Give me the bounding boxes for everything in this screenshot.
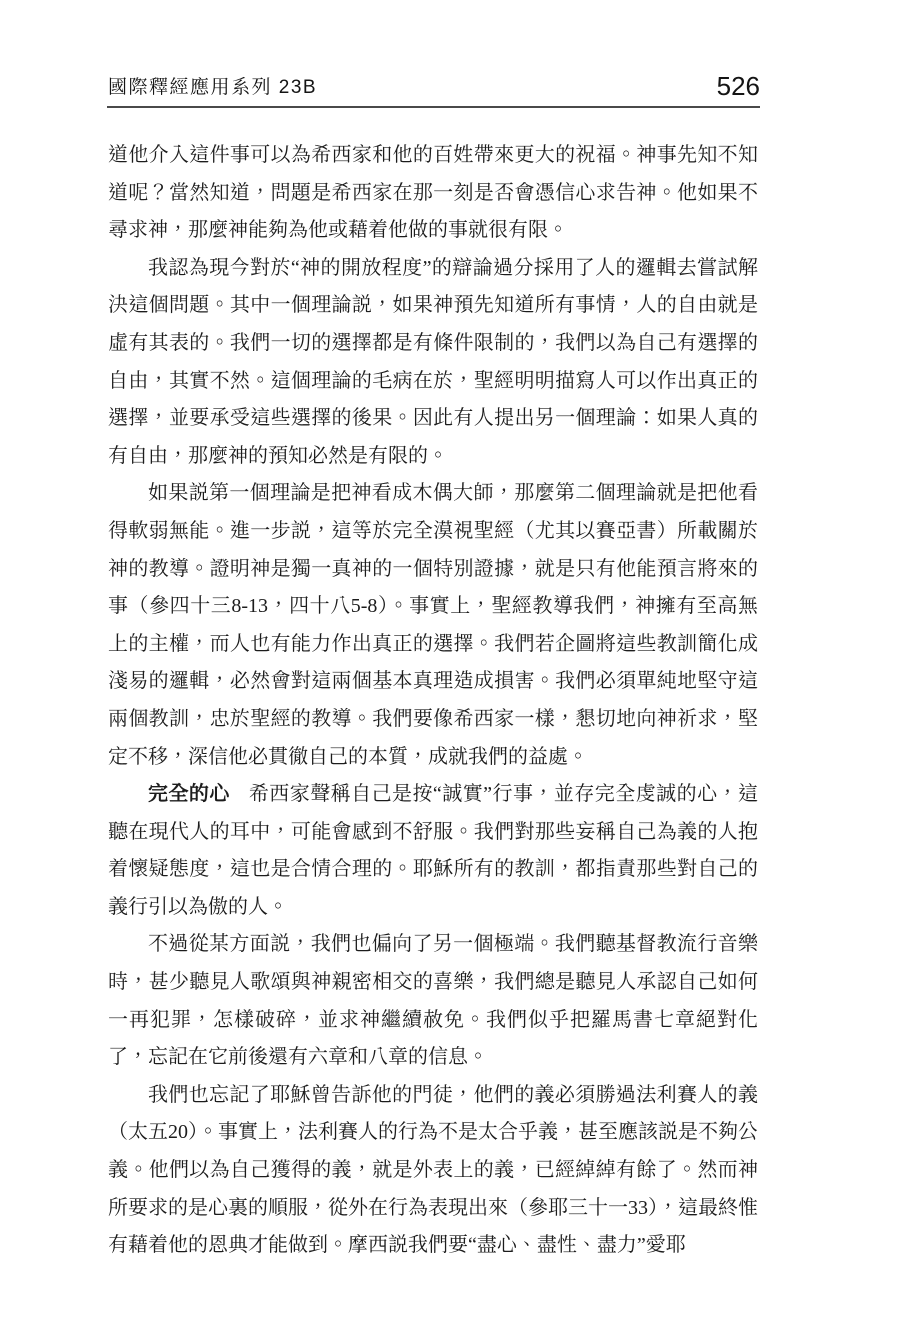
section-lead-in-wholehearted: 完全的心 — [148, 783, 230, 805]
paragraph-pharisees-righteousness: 我們也忘記了耶穌曾告訴他的門徒，他們的義必須勝過法利賽人的義（太五20）。事實上… — [108, 1077, 758, 1265]
paragraph-other-extreme: 不過從某方面説，我們也偏向了另一個極端。我們聽基督教流行音樂時，甚少聽見人歌頌與… — [108, 926, 758, 1076]
paragraph-continuation: 道他介入這件事可以為希西家和他的百姓帶來更大的祝福。神事先知不知道呢？當然知道，… — [108, 137, 758, 250]
paragraph-wholehearted: 完全的心希西家聲稱自己是按“誠實”行事，並存完全虔誠的心，這聽在現代人的耳中，可… — [108, 776, 758, 926]
series-title: 國際釋經應用系列 23B — [108, 72, 317, 99]
header-divider-rule — [107, 106, 760, 108]
paragraph-open-theism-debate: 我認為現今對於“神的開放程度”的辯論過分採用了人的邏輯去嘗試解決這個問題。其中一… — [108, 250, 758, 476]
book-page: 國際釋經應用系列 23B 526 道他介入這件事可以為希西家和他的百姓帶來更大的… — [0, 0, 900, 1324]
page-number: 526 — [717, 73, 760, 99]
running-header: 國際釋經應用系列 23B 526 — [108, 72, 760, 99]
paragraph-two-theories: 如果説第一個理論是把神看成木偶大師，那麼第二個理論就是把他看得軟弱無能。進一步説… — [108, 475, 758, 776]
page-body-text: 道他介入這件事可以為希西家和他的百姓帶來更大的祝福。神事先知不知道呢？當然知道，… — [108, 137, 758, 1265]
